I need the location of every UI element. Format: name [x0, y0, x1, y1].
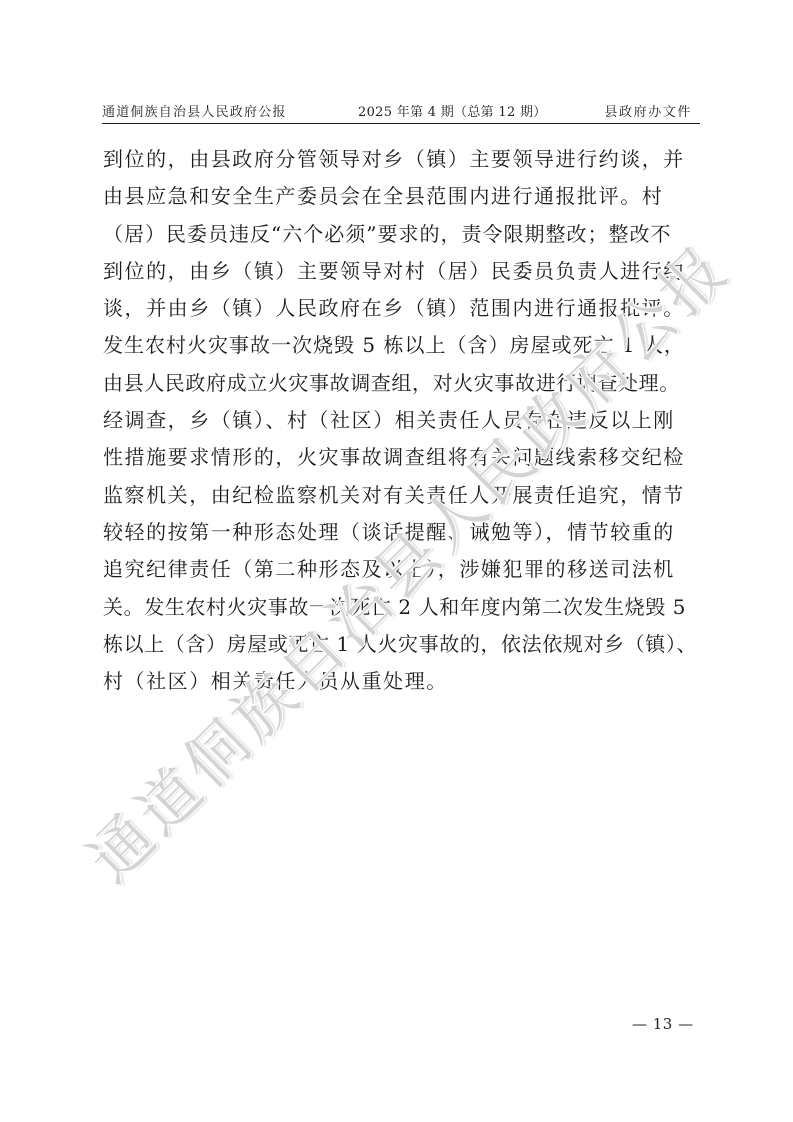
text-line: 栋以上（含）房屋或死亡 1 人火灾事故的，依法依规对乡（镇）、: [103, 626, 703, 663]
issue-number: 2025 年第 4 期（总第 12 期）: [358, 104, 547, 122]
publication-title: 通道侗族自治县人民政府公报: [102, 104, 287, 122]
text-line: 关。发生农村火灾事故一次死亡 2 人和年度内第二次发生烧毁 5: [103, 589, 703, 626]
page-number: — 13 —: [632, 1015, 694, 1033]
text-line: 谈，并由乡（镇）人民政府在乡（镇）范围内进行通报批评。: [103, 290, 703, 327]
text-line: 村（社区）相关责任人员从重处理。: [103, 663, 703, 700]
text-line: 追究纪律责任（第二种形态及以上），涉嫌犯罪的移送司法机: [103, 551, 703, 588]
text-line: （居）民委员违反“六个必须”要求的，责令限期整改；整改不: [103, 216, 703, 253]
text-line: 到位的，由县政府分管领导对乡（镇）主要领导进行约谈，并: [103, 141, 703, 178]
text-line: 到位的，由乡（镇）主要领导对村（居）民委员负责人进行约: [103, 253, 703, 290]
text-line: 发生农村火灾事故一次烧毁 5 栋以上（含）房屋或死亡 1 人，: [103, 327, 703, 364]
text-line: 经调查，乡（镇）、村（社区）相关责任人员存在违反以上刚: [103, 402, 703, 439]
text-line: 性措施要求情形的，火灾事故调查组将有关问题线索移交纪检: [103, 439, 703, 476]
text-line: 由县应急和安全生产委员会在全县范围内进行通报批评。村: [103, 178, 703, 215]
text-line: 较轻的按第一种形态处理（谈话提醒、诫勉等），情节较重的: [103, 514, 703, 551]
text-line: 监察机关，由纪检监察机关对有关责任人开展责任追究，情节: [103, 477, 703, 514]
text-line: 由县人民政府成立火灾事故调查组，对火灾事故进行调查处理。: [103, 365, 703, 402]
section-label: 县政府办文件: [604, 104, 692, 122]
document-page: 通道侗族自治县人民政府公报 2025 年第 4 期（总第 12 期） 县政府办文…: [0, 0, 793, 1122]
running-header: 通道侗族自治县人民政府公报 2025 年第 4 期（总第 12 期） 县政府办文…: [102, 104, 700, 124]
body-text: 到位的，由县政府分管领导对乡（镇）主要领导进行约谈，并 由县应急和安全生产委员会…: [103, 141, 703, 700]
